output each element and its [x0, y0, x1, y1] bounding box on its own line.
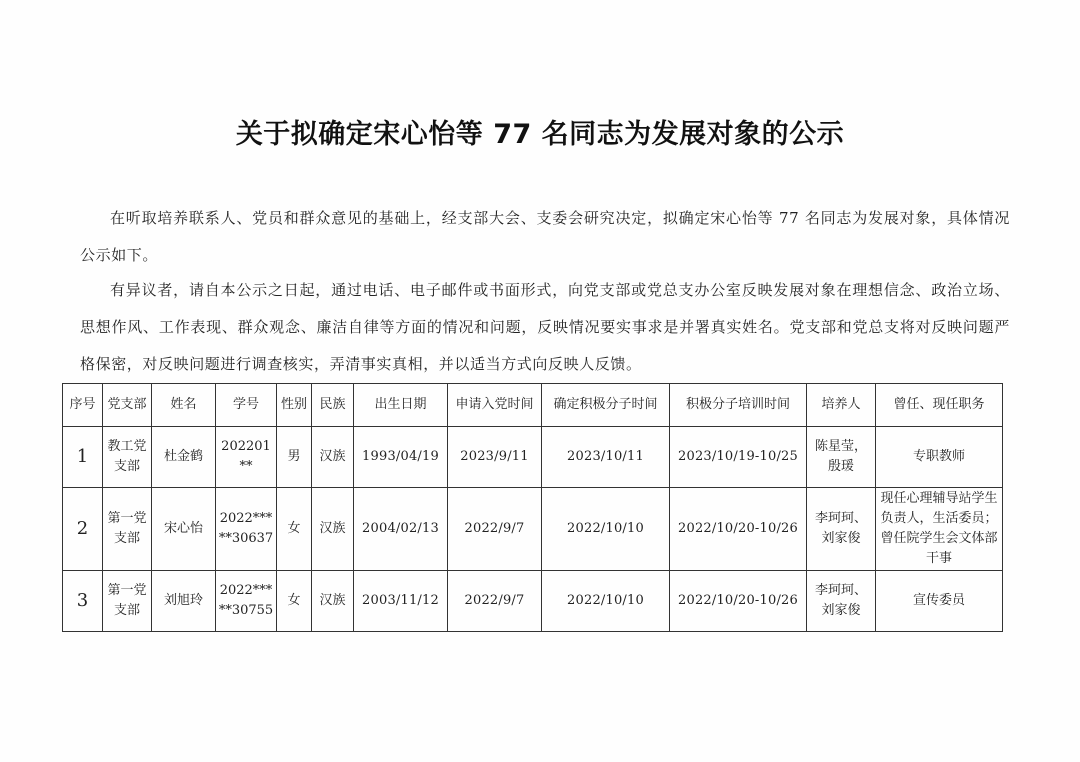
- cell-training-period: 2022/10/20-10/26: [670, 571, 807, 632]
- cell-positions: 专职教师: [876, 427, 1003, 488]
- header-activist-date: 确定积极分子时间: [542, 384, 670, 427]
- objection-paragraph: 有异议者，请自本公示之日起，通过电话、电子邮件或书面形式，向党支部或党总支办公室…: [80, 272, 1010, 383]
- header-gender: 性别: [277, 384, 312, 427]
- header-mentors: 培养人: [807, 384, 876, 427]
- cell-ethnicity: 汉族: [312, 571, 354, 632]
- cell-activist-date: 2022/10/10: [542, 571, 670, 632]
- cell-positions: 现任心理辅导站学生负责人，生活委员；曾任院学生会文体部干事: [876, 488, 1003, 571]
- document-title: 关于拟确定宋心怡等 77 名同志为发展对象的公示: [0, 112, 1080, 151]
- cell-positions: 宣传委员: [876, 571, 1003, 632]
- header-training-period: 积极分子培训时间: [670, 384, 807, 427]
- cell-gender: 男: [277, 427, 312, 488]
- cell-branch: 第一党支部: [103, 488, 152, 571]
- cell-activist-date: 2022/10/10: [542, 488, 670, 571]
- cell-mentors: 陈星莹，殷瑗: [807, 427, 876, 488]
- cell-student-id: 202201**: [216, 427, 277, 488]
- header-ethnicity: 民族: [312, 384, 354, 427]
- intro-paragraph: 在听取培养联系人、党员和群众意见的基础上，经支部大会、支委会研究决定，拟确定宋心…: [80, 200, 1010, 274]
- cell-gender: 女: [277, 571, 312, 632]
- cell-seq: 3: [63, 571, 103, 632]
- candidates-table: 序号 党支部 姓名 学号 性别 民族 出生日期 申请入党时间 确定积极分子时间 …: [62, 383, 1003, 632]
- header-name: 姓名: [152, 384, 216, 427]
- header-branch: 党支部: [103, 384, 152, 427]
- cell-training-period: 2022/10/20-10/26: [670, 488, 807, 571]
- cell-branch: 第一党支部: [103, 571, 152, 632]
- cell-mentors: 李珂珂、刘家俊: [807, 571, 876, 632]
- cell-name: 杜金鹤: [152, 427, 216, 488]
- cell-mentors: 李珂珂、刘家俊: [807, 488, 876, 571]
- table-header-row: 序号 党支部 姓名 学号 性别 民族 出生日期 申请入党时间 确定积极分子时间 …: [63, 384, 1003, 427]
- cell-branch: 教工党支部: [103, 427, 152, 488]
- table-row: 2 第一党支部 宋心怡 2022*****30637 女 汉族 2004/02/…: [63, 488, 1003, 571]
- cell-ethnicity: 汉族: [312, 488, 354, 571]
- cell-ethnicity: 汉族: [312, 427, 354, 488]
- cell-student-id: 2022*****30755: [216, 571, 277, 632]
- cell-birth-date: 2003/11/12: [354, 571, 448, 632]
- cell-activist-date: 2023/10/11: [542, 427, 670, 488]
- header-student-id: 学号: [216, 384, 277, 427]
- header-seq: 序号: [63, 384, 103, 427]
- cell-gender: 女: [277, 488, 312, 571]
- cell-birth-date: 1993/04/19: [354, 427, 448, 488]
- cell-name: 刘旭玲: [152, 571, 216, 632]
- cell-training-period: 2023/10/19-10/25: [670, 427, 807, 488]
- cell-name: 宋心怡: [152, 488, 216, 571]
- header-birth-date: 出生日期: [354, 384, 448, 427]
- table-row: 1 教工党支部 杜金鹤 202201** 男 汉族 1993/04/19 202…: [63, 427, 1003, 488]
- cell-seq: 2: [63, 488, 103, 571]
- cell-birth-date: 2004/02/13: [354, 488, 448, 571]
- cell-student-id: 2022*****30637: [216, 488, 277, 571]
- header-positions: 曾任、现任职务: [876, 384, 1003, 427]
- cell-apply-date: 2022/9/7: [448, 571, 542, 632]
- header-apply-date: 申请入党时间: [448, 384, 542, 427]
- table-row: 3 第一党支部 刘旭玲 2022*****30755 女 汉族 2003/11/…: [63, 571, 1003, 632]
- cell-apply-date: 2022/9/7: [448, 488, 542, 571]
- cell-seq: 1: [63, 427, 103, 488]
- cell-apply-date: 2023/9/11: [448, 427, 542, 488]
